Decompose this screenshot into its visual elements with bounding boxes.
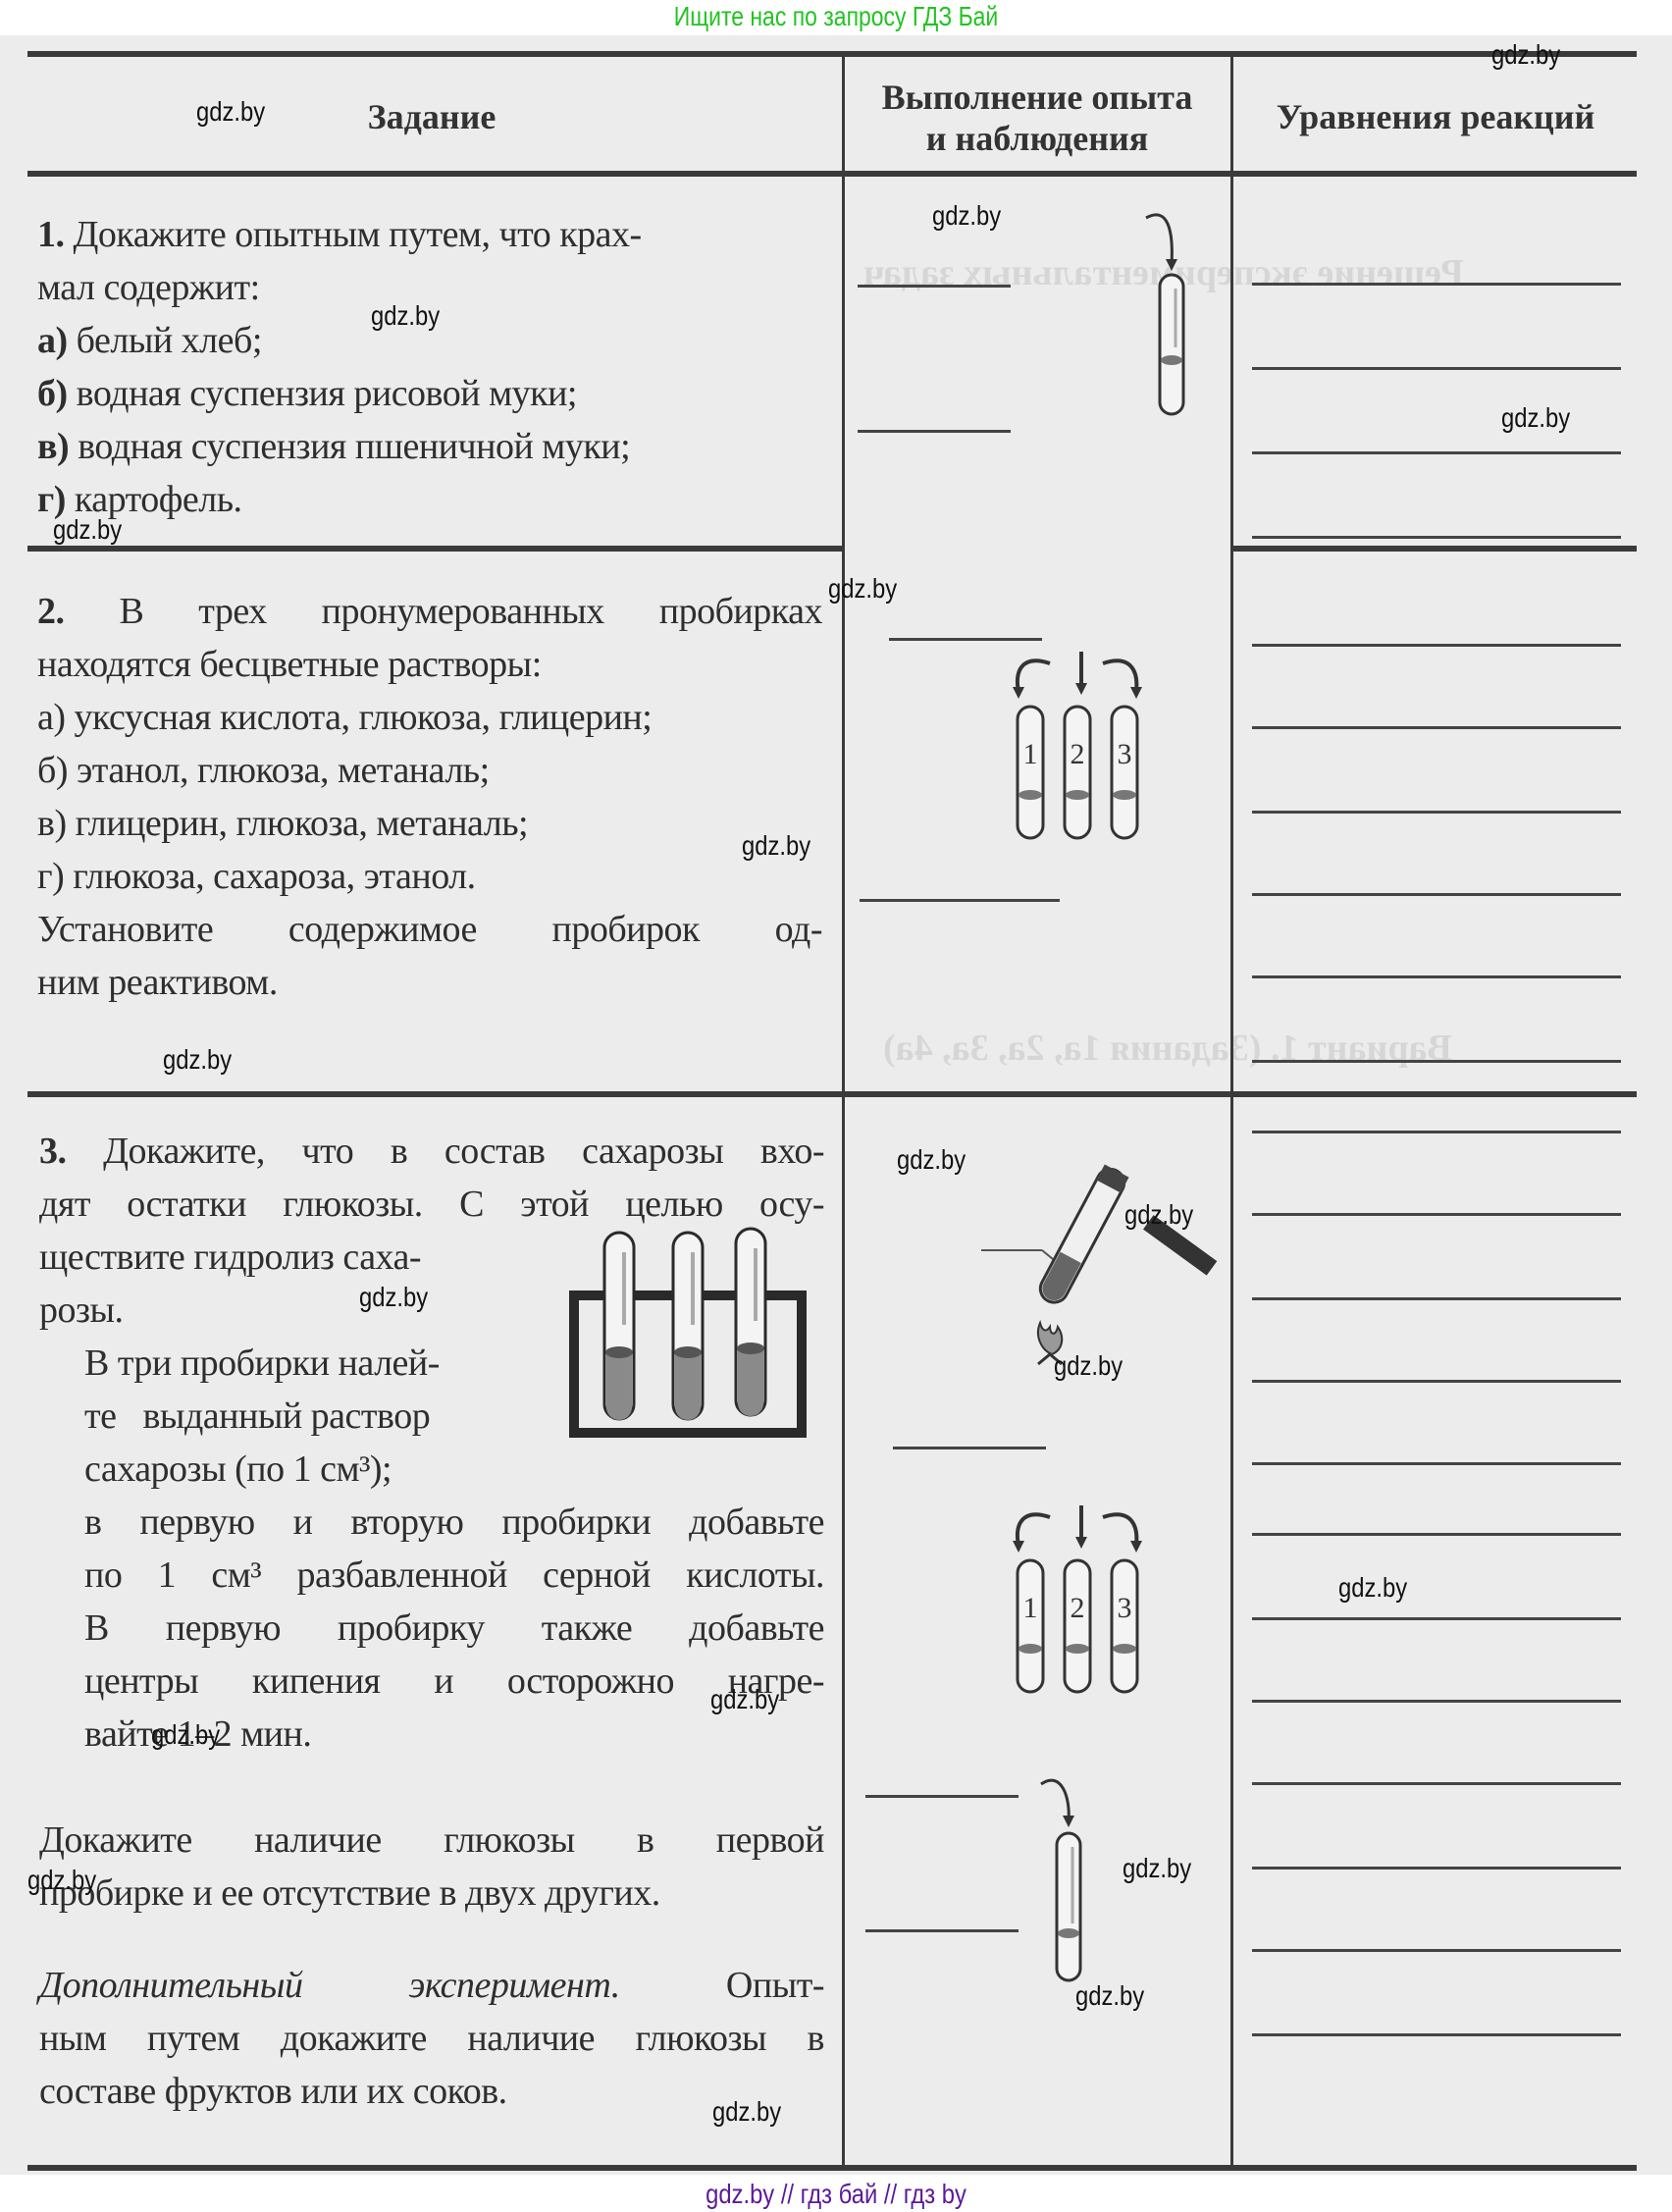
arrow-icon — [1103, 1514, 1136, 1545]
header-task: Задание — [314, 96, 549, 137]
task-text: находятся бесцветные растворы: — [37, 638, 822, 691]
answer-line[interactable] — [858, 430, 1011, 433]
test-tube-icon — [604, 1233, 634, 1420]
equation-answer-line[interactable] — [1252, 1213, 1621, 1216]
arrow-down-icon — [1166, 259, 1177, 271]
watermark: gdz.by — [1123, 1853, 1191, 1884]
equation-answer-line[interactable] — [1252, 1782, 1621, 1785]
equation-answer-line[interactable] — [1252, 283, 1621, 286]
single-tube-illustration-1 — [1138, 210, 1197, 416]
top-banner: Ищите нас по запросу ГДЗ Бай — [150, 0, 1521, 33]
svg-text:2: 2 — [1071, 738, 1085, 770]
arrow-head-icon — [1075, 1537, 1087, 1549]
equation-answer-line[interactable] — [1252, 1380, 1621, 1383]
numbered-test-tube-icon: 1 — [1018, 1560, 1043, 1692]
equation-answer-line[interactable] — [1252, 644, 1621, 647]
answer-line[interactable] — [858, 285, 1011, 288]
three-tubes-illustration-2: 123 — [1001, 1498, 1158, 1694]
arrow-head-icon — [1013, 1541, 1024, 1553]
task-text: Докажите опытным путем, что крах- — [74, 214, 642, 255]
arrow-icon — [1103, 660, 1136, 691]
task-text: ним реактивом. — [37, 956, 822, 1009]
task-text: дят остатки глюкозы. С этой целью осу- — [39, 1178, 824, 1231]
row-divider-2 — [27, 1091, 1637, 1097]
watermark: gdz.by — [151, 1719, 220, 1751]
equation-answer-line[interactable] — [1252, 1462, 1621, 1465]
task-number: 2. — [37, 591, 65, 632]
header-experiment: Выполнение опыта и наблюдения — [846, 77, 1228, 159]
svg-text:1: 1 — [1023, 1592, 1038, 1624]
equation-answer-line[interactable] — [1252, 1131, 1621, 1133]
task-step: по 1 см³ разбавленной серной кислоты. — [39, 1549, 824, 1602]
task-number: 1. — [37, 214, 65, 255]
equation-answer-line[interactable] — [1252, 536, 1621, 539]
answer-line[interactable] — [865, 1929, 1019, 1932]
task-text: Установите содержимое пробирок од- — [37, 903, 822, 956]
table-top-border — [27, 51, 1637, 57]
arrow-head-icon — [1130, 687, 1142, 699]
equation-answer-line[interactable] — [1252, 451, 1621, 454]
watermark: gdz.by — [742, 830, 810, 862]
task-step: центры кипения и осторожно нагре- — [39, 1655, 824, 1708]
watermark: gdz.by — [163, 1044, 232, 1076]
row-divider-1b — [1230, 546, 1637, 552]
table-bottom-border — [27, 2165, 1637, 2171]
item-text: глицерин, глюкоза, метаналь; — [76, 803, 528, 844]
column-divider-1 — [842, 51, 845, 2167]
item-text: водная суспензия рисовой муки; — [77, 373, 577, 414]
watermark: gdz.by — [897, 1144, 966, 1176]
arrow-icon — [1018, 660, 1050, 691]
equation-answer-line[interactable] — [1252, 1700, 1621, 1703]
answer-line[interactable] — [893, 1447, 1046, 1449]
workbook-page: Решение экспериментальных задач Вариант … — [0, 35, 1672, 2175]
test-tube-rack-illustration — [569, 1227, 824, 1452]
equation-answer-line[interactable] — [1252, 726, 1621, 729]
item-label: г) — [37, 856, 64, 897]
watermark: gdz.by — [828, 573, 897, 605]
item-text: этанол, глюкоза, метаналь; — [77, 750, 490, 791]
task-2: 2. В трех пронумерованных пробирках нахо… — [37, 585, 822, 1009]
equation-answer-line[interactable] — [1252, 1867, 1621, 1870]
answer-line[interactable] — [860, 899, 1060, 902]
watermark: gdz.by — [712, 2096, 781, 2128]
watermark: gdz.by — [1501, 402, 1570, 434]
numbered-test-tube-icon: 2 — [1065, 1560, 1090, 1692]
item-text: глюкоза, сахароза, этанол. — [73, 856, 475, 897]
watermark: gdz.by — [1075, 1980, 1144, 2012]
watermark: gdz.by — [196, 96, 265, 128]
equation-answer-line[interactable] — [1252, 2033, 1621, 2036]
extra-experiment-title: Дополнительный эксперимент. — [39, 1965, 620, 2006]
svg-text:3: 3 — [1118, 1592, 1132, 1624]
task-text: В трех пронумерованных пробирках — [119, 591, 822, 632]
arrow-head-icon — [1013, 687, 1024, 699]
item-text: белый хлеб; — [77, 320, 262, 361]
equation-answer-line[interactable] — [1252, 1617, 1621, 1620]
item-label: а) — [37, 697, 66, 738]
task-text: Докажите, что в состав сахарозы вхо- — [103, 1131, 824, 1172]
task-text: составе фруктов или их соков. — [39, 2065, 824, 2118]
test-tube-icon — [673, 1233, 703, 1420]
equation-answer-line[interactable] — [1252, 1297, 1621, 1300]
task-text: Докажите наличие глюкозы в первой — [39, 1814, 824, 1867]
column-divider-2 — [1230, 51, 1233, 2167]
answer-line[interactable] — [889, 638, 1042, 641]
watermark: gdz.by — [1491, 39, 1560, 71]
arrow-icon — [1018, 1514, 1050, 1545]
watermark: gdz.by — [1124, 1199, 1193, 1231]
svg-text:1: 1 — [1023, 738, 1038, 770]
watermark: gdz.by — [1338, 1572, 1407, 1604]
bleed-through-text: Вариант 1. (Задания 1а, 2а, 3а, 4а) — [883, 1027, 1452, 1070]
svg-text:2: 2 — [1071, 1592, 1085, 1624]
item-label: в) — [37, 426, 69, 467]
arrow-down-icon — [1063, 1816, 1074, 1827]
item-label: б) — [37, 750, 68, 791]
item-text: водная суспензия пшеничной муки; — [78, 426, 630, 467]
answer-line[interactable] — [865, 1795, 1019, 1798]
item-text: уксусная кислота, глюкоза, глицерин; — [75, 697, 653, 738]
task-number: 3. — [39, 1131, 67, 1172]
heating-tube-illustration — [981, 1154, 1236, 1380]
header-experiment-line1: Выполнение опыта — [846, 77, 1228, 118]
task-step: в первую и вторую пробирки добавьте — [39, 1496, 824, 1549]
watermark: gdz.by — [359, 1282, 428, 1313]
equation-answer-line[interactable] — [1252, 1949, 1621, 1952]
equation-answer-line[interactable] — [1252, 1533, 1621, 1536]
watermark: gdz.by — [710, 1684, 779, 1715]
arrow-head-icon — [1075, 683, 1087, 695]
task-text: Опыт- — [620, 1965, 824, 2006]
watermark: gdz.by — [932, 200, 1001, 232]
single-tube-illustration-2 — [1035, 1776, 1094, 2002]
task-1: 1. Докажите опытным путем, что крах- мал… — [37, 208, 822, 526]
numbered-test-tube-icon: 1 — [1018, 707, 1043, 838]
item-label: а) — [37, 320, 68, 361]
task-text: пробирке и ее отсутствие в двух других. — [39, 1867, 824, 1920]
equation-answer-line[interactable] — [1252, 975, 1621, 978]
row-divider-1 — [27, 546, 844, 552]
svg-text:3: 3 — [1118, 738, 1132, 770]
equation-answer-line[interactable] — [1252, 367, 1621, 370]
watermark: gdz.by — [371, 300, 440, 332]
arrow-head-icon — [1130, 1541, 1142, 1553]
equation-answer-line[interactable] — [1252, 893, 1621, 896]
equation-answer-line[interactable] — [1252, 1060, 1621, 1063]
header-experiment-line2: и наблюдения — [846, 118, 1228, 159]
three-tubes-illustration-1: 123 — [1001, 644, 1158, 879]
task-step: В первую пробирку также добавьте — [39, 1602, 824, 1655]
watermark: gdz.by — [53, 514, 122, 546]
numbered-test-tube-icon: 3 — [1112, 1560, 1137, 1692]
numbered-test-tube-icon: 3 — [1112, 707, 1137, 838]
item-label: б) — [37, 373, 68, 414]
watermark: gdz.by — [1054, 1350, 1123, 1382]
header-equations: Уравнения реакций — [1234, 96, 1637, 137]
watermark: gdz.by — [27, 1865, 96, 1896]
numbered-test-tube-icon: 2 — [1065, 707, 1090, 838]
bottom-banner: gdz.by // гдз бай // гдз by — [126, 2177, 1546, 2212]
test-tube-icon — [736, 1229, 765, 1416]
item-label: в) — [37, 803, 67, 844]
equation-answer-line[interactable] — [1252, 811, 1621, 814]
header-bottom-border — [27, 171, 1637, 177]
task-text: ным путем докажите наличие глюкозы в — [39, 2012, 824, 2065]
